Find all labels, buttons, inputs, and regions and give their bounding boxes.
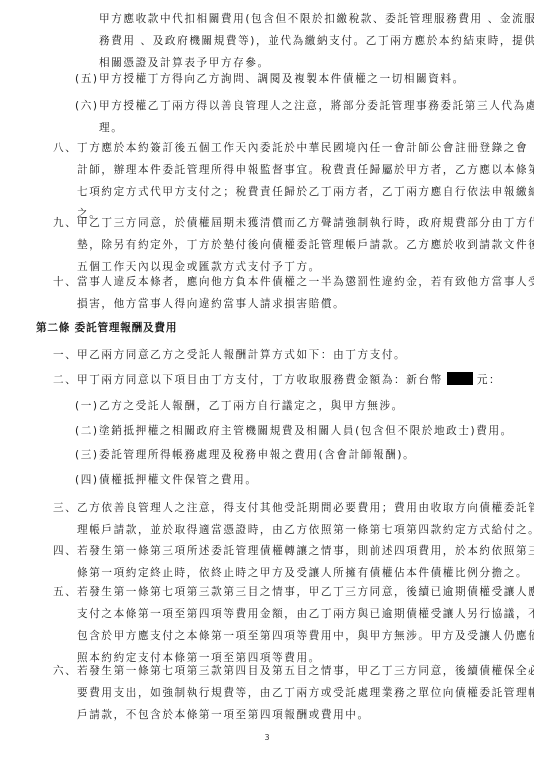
text-segment: 元： <box>477 374 501 386</box>
document-page: 甲方應收款中代扣相關費用(包含但不限於扣繳稅款、委託管理服務費用 、金流服 務費… <box>0 0 534 771</box>
text-line: 甲乙兩方同意乙方之受託人報酬計算方式如下：由丁方支付。 <box>77 344 501 366</box>
sub-item-5: (五) 甲方授權丁方得向乙方詢問、調閱及複製本件債權之一切相關資料。 <box>99 68 501 90</box>
sub-item-marker: (五) <box>75 68 99 90</box>
text-line: 甲方授權乙丁兩方得以善良管理人之注意，將部分委託管理事務委託第三人代為處 <box>99 95 501 117</box>
text-line: 若發生第一條第七項第三款第四目及第五目之情事，甲乙丁三方同意，後續債權保全必 <box>77 660 501 682</box>
item-marker: 四、 <box>53 540 77 562</box>
item-marker: 六、 <box>53 660 77 682</box>
sub-item-marker: (四) <box>75 469 99 491</box>
text-line: 墊，除另有約定外，丁方於墊付後向債權委託管理帳戶請款。乙方應於收到請款文件後 <box>77 234 501 256</box>
article1-item-9: 九、 甲乙丁三方同意，於債權屆期未獲清償而乙方聲請強制執行時，政府規費部分由丁方… <box>77 212 501 278</box>
article2-item-1: 一、 甲乙兩方同意乙方之受託人報酬計算方式如下：由丁方支付。 <box>77 344 501 366</box>
item-marker: 八、 <box>53 137 77 159</box>
text-line: 債權抵押權文件保管之費用。 <box>99 469 501 491</box>
article2-sub-item-3: (三) 委託管理所得帳務處理及稅務申報之費用(含會計師報酬)。 <box>99 444 501 466</box>
text-line: 七項約定方式代甲方支付之；稅費責任歸於乙丁兩方者，乙丁兩方應自行依法申報繳納 <box>77 181 501 203</box>
text-segment: 甲丁兩方同意以下項目由丁方支付，丁方收取服務費金額為：新台幣 <box>77 374 443 386</box>
item-marker: 一、 <box>53 344 77 366</box>
text-line: 若發生第一條第七項第三款第三目之情事，甲乙丁三方同意，後續已逾期債權受讓人應 <box>77 581 501 603</box>
item-marker: 五、 <box>53 581 77 603</box>
article2-item-3: 三、 乙方依善良管理人之注意，得支付其他受託期間必要費用；費用由收取方向債權委託… <box>77 497 501 541</box>
text-line: 乙方之受託人報酬，乙丁兩方自行議定之，與甲方無涉。 <box>99 395 501 417</box>
text-line: 計師，辦理本件委託管理所得申報監督事宜。稅費責任歸屬於甲方者，乙方應以本條第 <box>77 159 501 181</box>
article2-item-2: 二、 甲丁兩方同意以下項目由丁方支付，丁方收取服務費金額為：新台幣元： <box>77 369 501 391</box>
text-line: 甲方應收款中代扣相關費用(包含但不限於扣繳稅款、委託管理服務費用 、金流服 <box>99 8 501 30</box>
text-line: 當事人違反本條者，應向他方負本件債權之一半為懲罰性違約金，若有致他方當事人受 <box>77 271 501 293</box>
text-line: 甲方授權丁方得向乙方詢問、調閱及複製本件債權之一切相關資料。 <box>99 68 501 90</box>
article2-item-4: 四、 若發生第一條第三項所述委託管理債權轉讓之情事，則前述四項費用，於本約依照第… <box>77 540 501 584</box>
text-line: 理帳戶請款，並於取得適當憑證時，由乙方依照第一條第七項第四款約定方式給付之。 <box>77 519 501 541</box>
text-line: 戶請款，不包含於本條第一項至第四項報酬或費用中。 <box>77 704 501 726</box>
page-number: 3 <box>0 733 534 742</box>
item-marker: 十、 <box>53 271 77 293</box>
sub-item-marker: (二) <box>75 420 99 442</box>
item-marker: 三、 <box>53 497 77 519</box>
article2-sub-item-1: (一) 乙方之受託人報酬，乙丁兩方自行議定之，與甲方無涉。 <box>99 395 501 417</box>
article2-sub-item-4: (四) 債權抵押權文件保管之費用。 <box>99 469 501 491</box>
article2-item-6: 六、 若發生第一條第七項第三款第四目及第五目之情事，甲乙丁三方同意，後續債權保全… <box>77 660 501 726</box>
sub-item-marker: (一) <box>75 395 99 417</box>
text-line: 委託管理所得帳務處理及稅務申報之費用(含會計師報酬)。 <box>99 444 501 466</box>
text-line: 務費用 、及政府機關規費等)，並代為繳納支付。乙丁兩方應於本約結束時，提供 <box>99 30 501 52</box>
sub-item-marker: (三) <box>75 444 99 466</box>
text-line: 甲乙丁三方同意，於債權屆期未獲清償而乙方聲請強制執行時，政府規費部分由丁方代 <box>77 212 501 234</box>
text-line: 塗銷抵押權之相關政府主管機關規費及相關人員(包含但不限於地政士)費用。 <box>99 420 501 442</box>
text-line: 理。 <box>99 117 501 139</box>
article2-heading: 第二條 委託管理報酬及費用 <box>36 317 496 339</box>
text-line: 損害，他方當事人得向違約當事人請求損害賠償。 <box>77 293 501 315</box>
text-line: 支付之本條第一項至第四項等費用金額，由乙丁兩方與已逾期債權受讓人另行協議，不 <box>77 603 501 625</box>
text-line: 若發生第一條第三項所述委託管理債權轉讓之情事，則前述四項費用，於本約依照第三 <box>77 540 501 562</box>
sub-item-marker: (六) <box>75 95 99 117</box>
item-marker: 九、 <box>53 212 77 234</box>
heading-text: 第二條 委託管理報酬及費用 <box>36 317 496 339</box>
text-line: 乙方依善良管理人之注意，得支付其他受託期間必要費用；費用由收取方向債權委託管 <box>77 497 501 519</box>
article2-sub-item-2: (二) 塗銷抵押權之相關政府主管機關規費及相關人員(包含但不限於地政士)費用。 <box>99 420 501 442</box>
sub-item-6: (六) 甲方授權乙丁兩方得以善良管理人之注意，將部分委託管理事務委託第三人代為處… <box>99 95 501 139</box>
text-line: 丁方應於本約簽訂後五個工作天內委託於中華民國境內任一會計師公會註冊登錄之會 <box>77 137 501 159</box>
text-line: 要費用支出，如強制執行規費等，由乙丁兩方或受託處理業務之單位向債權委託管理帳 <box>77 682 501 704</box>
redacted-amount <box>447 372 473 385</box>
article2-item-5: 五、 若發生第一條第七項第三款第三目之情事，甲乙丁三方同意，後續已逾期債權受讓人… <box>77 581 501 669</box>
article1-item-10: 十、 當事人違反本條者，應向他方負本件債權之一半為懲罰性違約金，若有致他方當事人… <box>77 271 501 315</box>
text-line: 包含於甲方應支付之本條第一項至第四項等費用中，與甲方無涉。甲方及受讓人仍應依 <box>77 625 501 647</box>
item-marker: 二、 <box>53 369 77 391</box>
continuation-paragraph: 甲方應收款中代扣相關費用(包含但不限於扣繳稅款、委託管理服務費用 、金流服 務費… <box>99 8 501 74</box>
